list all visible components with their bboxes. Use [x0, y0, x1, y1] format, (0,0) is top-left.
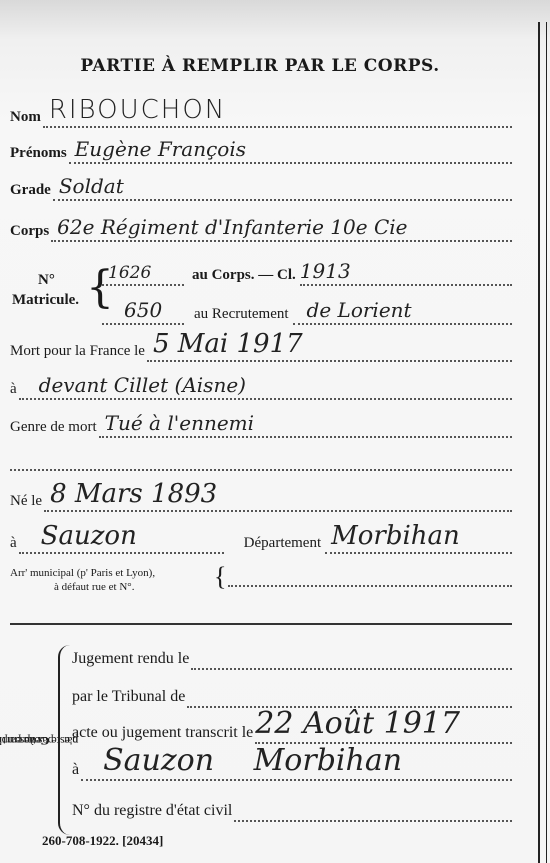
- field-recrutement: 650 au Recrutement de Lorient: [100, 301, 512, 325]
- input-jugement[interactable]: [191, 646, 512, 670]
- input-recrutement-no[interactable]: 650: [102, 301, 184, 325]
- value-ne-le: 8 Mars 1893: [50, 479, 217, 509]
- value-corps: 62e Régiment d'Infanterie 10e Cie: [57, 215, 407, 239]
- label-registre: N° du registre d'état civil: [72, 802, 232, 822]
- field-mort: Mort pour la France le 5 Mai 1917: [10, 338, 512, 362]
- right-border-line-2: [546, 22, 547, 863]
- label-tribunal: par le Tribunal de: [72, 688, 185, 708]
- value-recrutement-no: 650: [124, 298, 162, 322]
- input-genre-mort[interactable]: Tué à l'ennemi: [99, 414, 512, 438]
- label-prenoms: Prénoms: [10, 145, 67, 164]
- value-departement: Morbihan: [331, 521, 460, 551]
- label-genre-mort: Genre de mort: [10, 419, 97, 438]
- value-transcription-lieu: Sauzon Morbihan: [103, 743, 402, 778]
- label-mort: Mort pour la France le: [10, 343, 145, 362]
- field-transcrit: acte ou jugement transcrit le 22 Août 19…: [72, 720, 512, 744]
- input-transcription-lieu[interactable]: Sauzon Morbihan: [81, 757, 512, 781]
- input-mort[interactable]: 5 Mai 1917: [147, 338, 512, 362]
- label-recrutement: au Recrutement: [194, 306, 289, 325]
- blank-dotted-line: [10, 469, 512, 471]
- value-grade: Soldat: [59, 174, 124, 198]
- label-transcrit: acte ou jugement transcrit le: [72, 724, 253, 744]
- field-grade: Grade Soldat: [10, 177, 512, 201]
- arr-brace: {: [214, 564, 226, 590]
- field-ne-le: Né le 8 Mars 1893: [10, 488, 512, 512]
- label-departement: Département: [244, 535, 321, 554]
- transcription-brace: [58, 645, 70, 835]
- field-nom: Nom RIBOUCHON: [10, 104, 512, 128]
- field-prenoms: Prénoms Eugène François: [10, 140, 512, 164]
- field-lieu-naissance: à Sauzon Département Morbihan: [10, 530, 512, 554]
- input-ne-le[interactable]: 8 Mars 1893: [44, 488, 512, 512]
- input-transcrit[interactable]: 22 Août 1917: [255, 720, 512, 744]
- label-no: N°: [38, 272, 55, 289]
- value-recrutement: de Lorient: [307, 298, 412, 322]
- label-lieu-naissance: à: [10, 535, 17, 554]
- label-grade: Grade: [10, 182, 51, 201]
- input-classe[interactable]: 1913: [300, 262, 512, 286]
- side-note: Cette partie n'est pas à remplir par le …: [10, 650, 60, 830]
- input-tribunal[interactable]: [187, 684, 512, 708]
- input-corps-no[interactable]: 1626: [102, 262, 184, 286]
- field-transcription-lieu: à Sauzon Morbihan: [72, 757, 512, 781]
- label-au-corps: au Corps. — Cl.: [192, 267, 296, 286]
- value-lieu-mort: devant Cillet (Aisne): [39, 373, 246, 397]
- input-departement[interactable]: Morbihan: [325, 530, 512, 554]
- input-recrutement[interactable]: de Lorient: [293, 301, 512, 325]
- field-jugement: Jugement rendu le: [72, 646, 512, 670]
- section-divider: [10, 623, 512, 625]
- field-lieu-mort: à devant Cillet (Aisne): [10, 376, 512, 400]
- label-transcription-lieu: à: [72, 761, 79, 781]
- label-arr-municipal-1: Arr' municipal (p' Paris et Lyon),: [10, 567, 155, 579]
- field-corps-no: 1626 au Corps. — Cl. 1913: [100, 262, 512, 286]
- label-arr-municipal-2: à défaut rue et N°.: [54, 581, 134, 593]
- input-grade[interactable]: Soldat: [53, 177, 512, 201]
- label-matricule: Matricule.: [12, 292, 79, 309]
- input-arr-municipal[interactable]: [228, 585, 512, 587]
- value-prenoms: Eugène François: [75, 137, 246, 161]
- value-lieu-naissance: Sauzon: [41, 521, 137, 551]
- value-classe: 1913: [300, 259, 351, 283]
- label-lieu-mort: à: [10, 381, 17, 400]
- field-tribunal: par le Tribunal de: [72, 684, 512, 708]
- input-nom[interactable]: RIBOUCHON: [43, 104, 512, 128]
- field-genre-mort: Genre de mort Tué à l'ennemi: [10, 414, 512, 438]
- value-transcrit: 22 Août 1917: [255, 706, 460, 741]
- right-border-line: [538, 22, 540, 863]
- field-registre: N° du registre d'état civil: [72, 798, 512, 822]
- input-registre[interactable]: [234, 798, 512, 822]
- label-corps: Corps: [10, 223, 49, 242]
- value-corps-no: 1626: [108, 263, 151, 283]
- label-ne-le: Né le: [10, 493, 42, 512]
- value-genre-mort: Tué à l'ennemi: [105, 411, 254, 435]
- value-nom: RIBOUCHON: [49, 95, 226, 125]
- value-mort: 5 Mai 1917: [153, 329, 303, 359]
- print-reference: 260-708-1922. [20434]: [42, 833, 163, 849]
- field-corps: Corps 62e Régiment d'Infanterie 10e Cie: [10, 218, 512, 242]
- form-title: PARTIE À REMPLIR PAR LE CORPS.: [0, 56, 520, 76]
- input-lieu-mort[interactable]: devant Cillet (Aisne): [19, 376, 512, 400]
- input-prenoms[interactable]: Eugène François: [69, 140, 512, 164]
- input-corps[interactable]: 62e Régiment d'Infanterie 10e Cie: [51, 218, 512, 242]
- label-jugement: Jugement rendu le: [72, 650, 189, 670]
- label-nom: Nom: [10, 109, 41, 128]
- input-lieu-naissance[interactable]: Sauzon: [19, 530, 224, 554]
